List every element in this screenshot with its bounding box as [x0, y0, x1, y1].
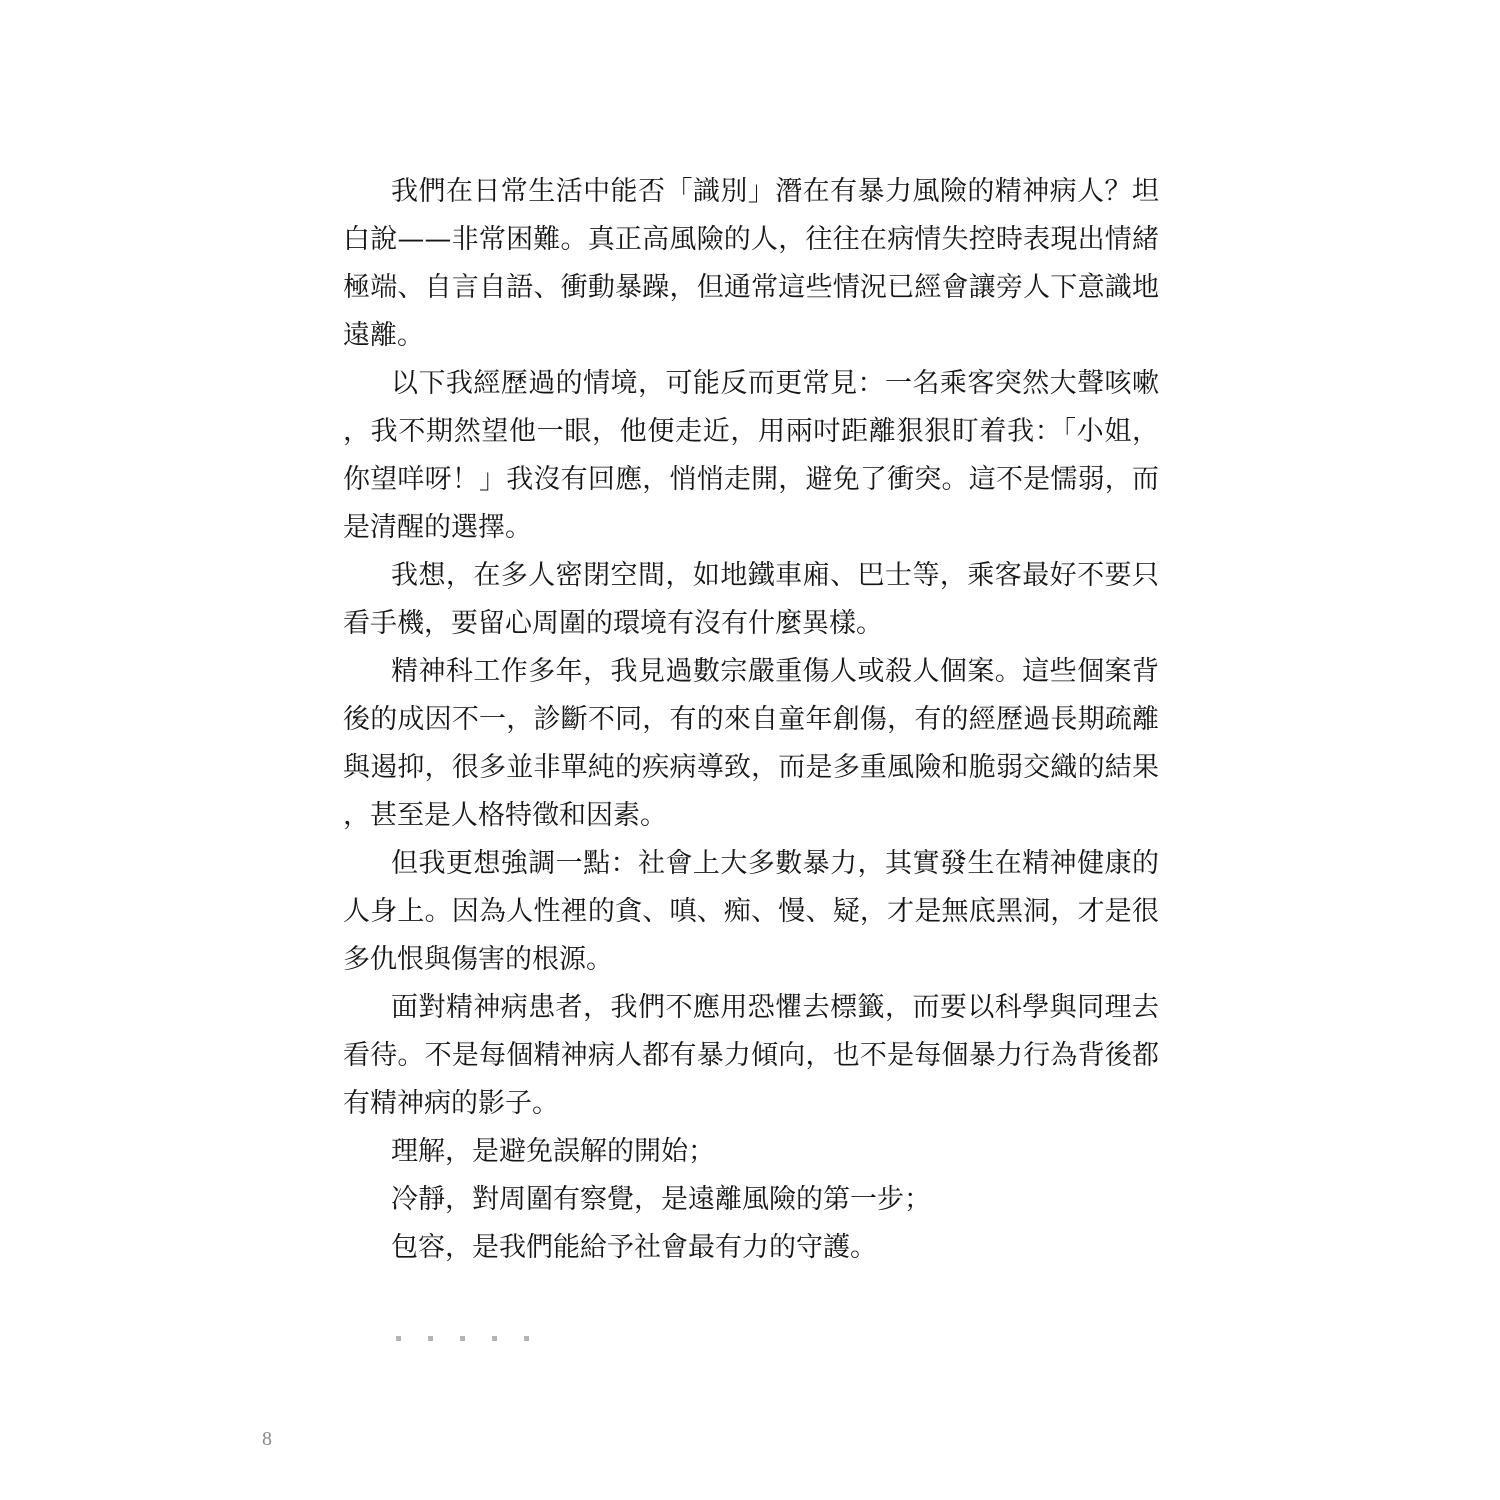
ornament-dot-icon	[460, 1336, 465, 1341]
closing-line-2: 冷靜，對周圍有察覺，是遠離風險的第一步；	[343, 1176, 1159, 1224]
paragraph-5: 但我更想強調一點：社會上大多數暴力，其實發生在精神健康的人身上。因為人性裡的貪、…	[343, 840, 1159, 984]
closing-line-1: 理解，是避免誤解的開始；	[343, 1128, 1159, 1176]
ornament-dot-icon	[492, 1336, 497, 1341]
paragraph-6: 面對精神病患者，我們不應用恐懼去標籤，而要以科學與同理去看待。不是每個精神病人都…	[343, 984, 1159, 1128]
paragraph-1: 我們在日常生活中能否「識別」潛在有暴力風險的精神病人？坦白說——非常困難。真正高…	[343, 168, 1159, 360]
paragraph-3: 我想，在多人密閉空間，如地鐵車廂、巴士等，乘客最好不要只看手機，要留心周圍的環境…	[343, 552, 1159, 648]
section-ornament	[396, 1336, 529, 1341]
paragraph-2: 以下我經歷過的情境，可能反而更常見：一名乘客突然大聲咳嗽，我不期然望他一眼，他便…	[343, 360, 1159, 552]
body-text: 我們在日常生活中能否「識別」潛在有暴力風險的精神病人？坦白說——非常困難。真正高…	[343, 168, 1159, 1272]
ornament-dot-icon	[428, 1336, 433, 1341]
page-number: 8	[262, 1428, 272, 1451]
closing-line-3: 包容，是我們能給予社會最有力的守護。	[343, 1224, 1159, 1272]
paragraph-4: 精神科工作多年，我見過數宗嚴重傷人或殺人個案。這些個案背後的成因不一，診斷不同，…	[343, 648, 1159, 840]
ornament-dot-icon	[524, 1336, 529, 1341]
document-page: 我們在日常生活中能否「識別」潛在有暴力風險的精神病人？坦白說——非常困難。真正高…	[0, 0, 1500, 1500]
ornament-dot-icon	[396, 1336, 401, 1341]
